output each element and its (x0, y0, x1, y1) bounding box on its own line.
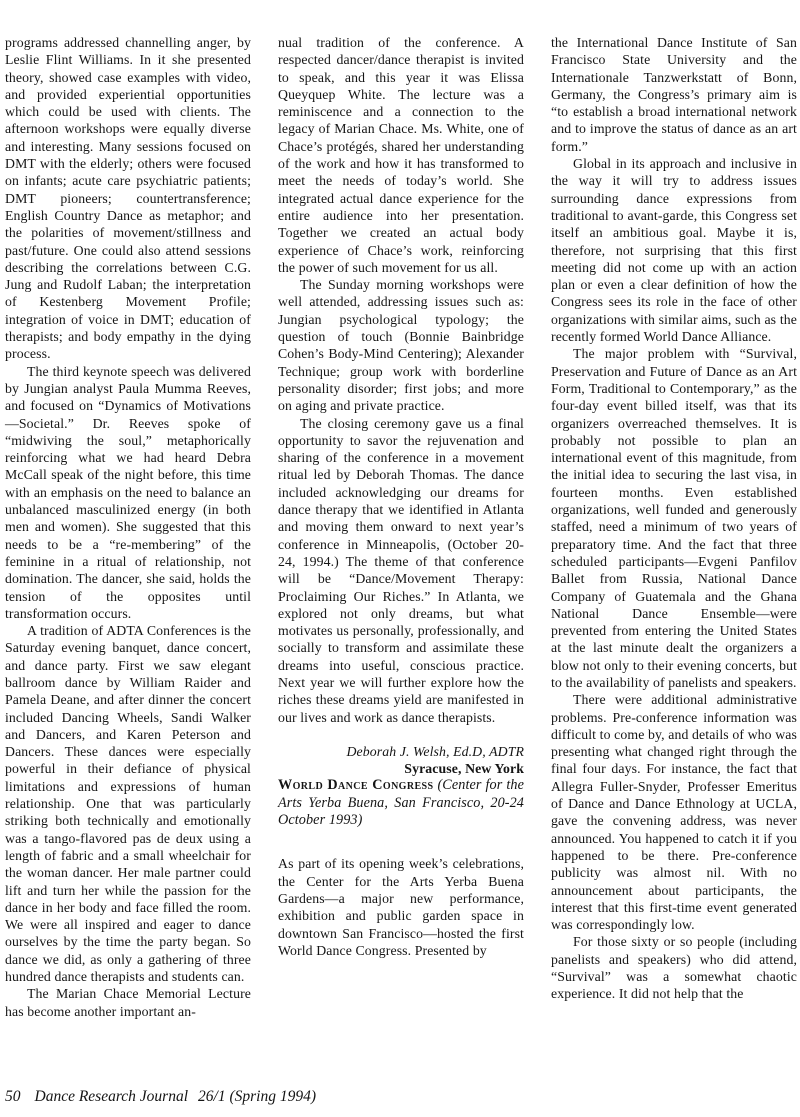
journal-issue: 26/1 (Spring 1994) (198, 1088, 316, 1105)
paragraph: nual tradition of the conference. A resp… (278, 34, 524, 276)
paragraph: As part of its opening week’s celebratio… (278, 855, 524, 959)
author-location: Syracuse, New York (278, 760, 524, 777)
paragraph: The third keynote speech was delivered b… (5, 363, 251, 622)
text-columns: programs addressed channelling anger, by… (5, 34, 797, 1020)
paragraph: The Marian Chace Memorial Lecture has be… (5, 985, 251, 1020)
journal-page: programs addressed channelling anger, by… (0, 0, 800, 1117)
author-signature: Deborah J. Welsh, Ed.D, ADTR Syracuse, N… (278, 743, 524, 778)
paragraph: Global in its approach and inclusive in … (551, 155, 797, 345)
paragraph: The Sunday morning workshops were well a… (278, 276, 524, 414)
paragraph: The closing ceremony gave us a final opp… (278, 415, 524, 726)
column-3: the International Dance Institute of San… (551, 34, 797, 1020)
paragraph: For those sixty or so people (including … (551, 933, 797, 1002)
page-footer: 50Dance Research Journal26/1 (Spring 199… (5, 1088, 316, 1106)
paragraph: programs addressed channelling anger, by… (5, 34, 251, 363)
paragraph: the International Dance Institute of San… (551, 34, 797, 155)
column-1: programs addressed channelling anger, by… (5, 34, 251, 1020)
article-title: World Dance Congress (278, 777, 433, 793)
paragraph: There were additional administrative pro… (551, 691, 797, 933)
article-heading: World Dance Congress (Center for the Art… (278, 777, 524, 829)
page-number: 50 (5, 1088, 21, 1105)
paragraph: A tradition of ADTA Conferences is the S… (5, 622, 251, 985)
author-name: Deborah J. Welsh, Ed.D, ADTR (278, 743, 524, 760)
paragraph: The major problem with “Survival, Preser… (551, 345, 797, 691)
column-2: nual tradition of the conference. A resp… (278, 34, 524, 1020)
journal-title: Dance Research Journal (35, 1088, 189, 1105)
